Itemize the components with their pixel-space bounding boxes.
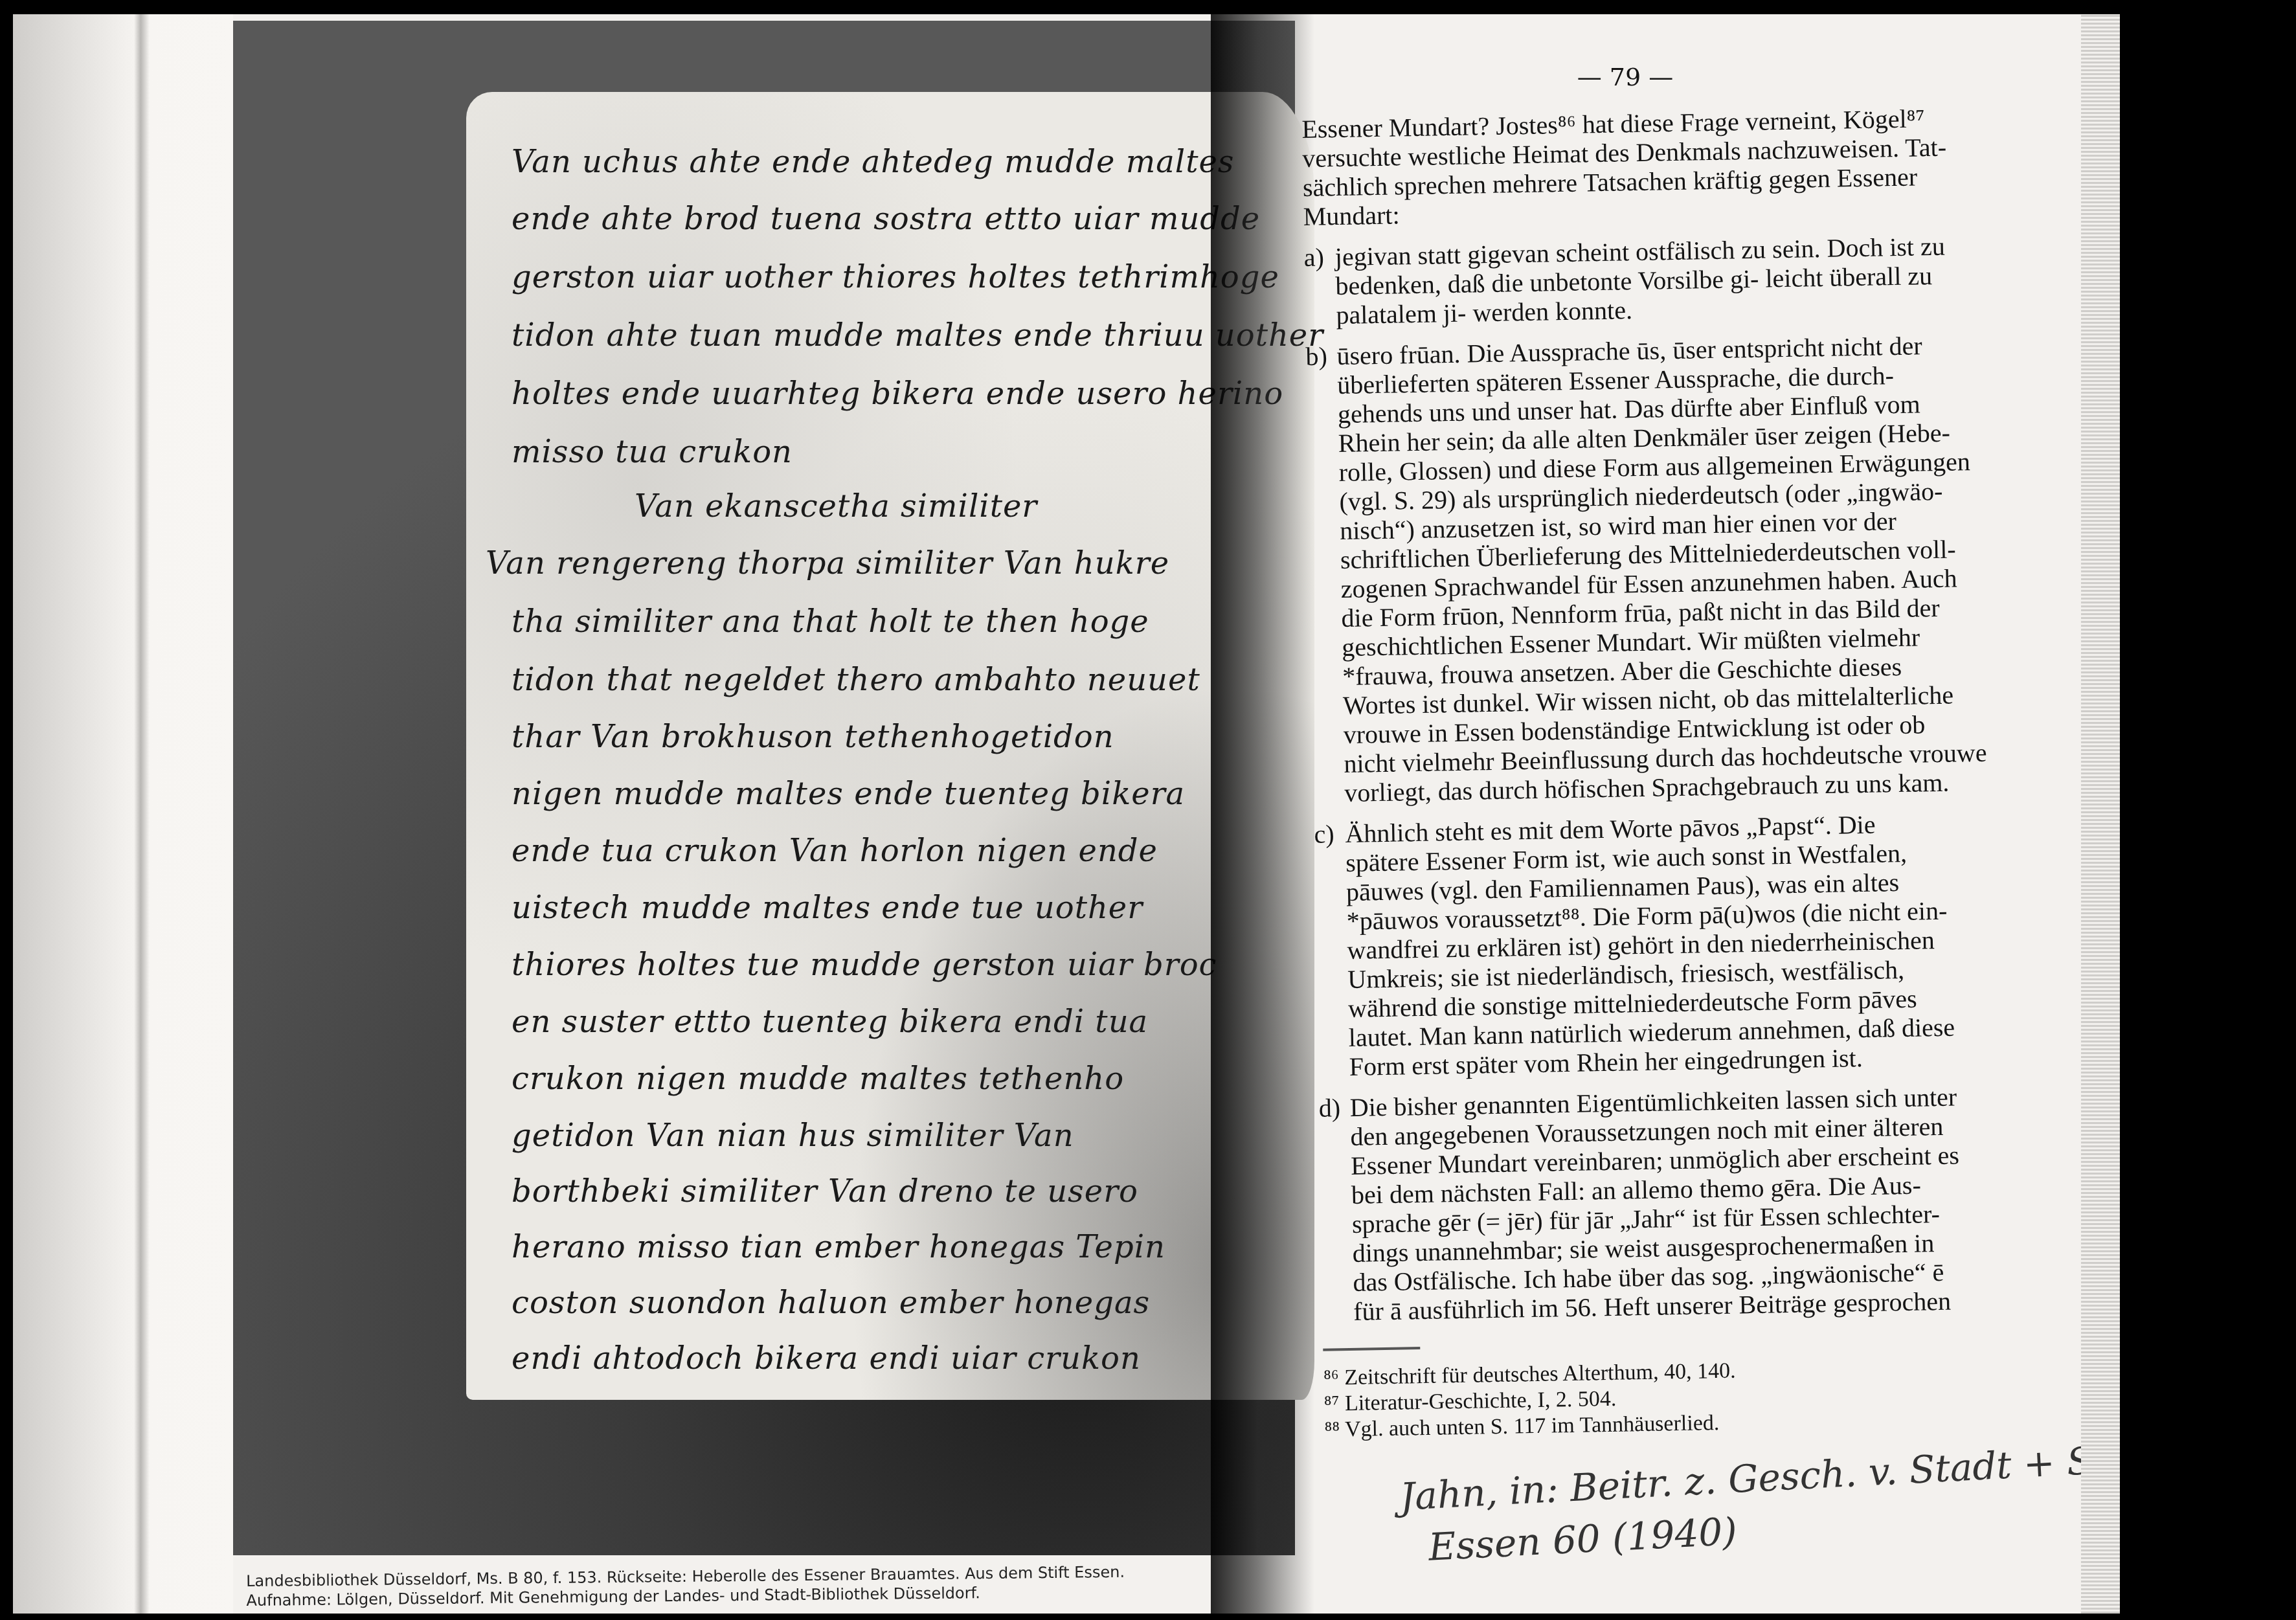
manuscript-line: herano misso tian ember honegas Tepin	[512, 1229, 1165, 1265]
manuscript-line: nigen mudde maltes ende tuenteg bikera	[512, 776, 1185, 812]
list-item-c: c)Ähnlich steht es mit dem Worte pāvos „…	[1314, 805, 2120, 1082]
list-item-a: a)jegivan statt gigevan scheint ostfälis…	[1303, 229, 2108, 330]
manuscript-line: Van rengereng thorpa similiter Van hukre	[486, 545, 1169, 581]
manuscript-line: ende tua crukon Van horlon nigen ende	[512, 833, 1158, 869]
manuscript-line: getidon Van nian hus similiter Van	[512, 1118, 1074, 1154]
manuscript-line: Van ekanscetha similiter	[635, 488, 1037, 524]
plate-caption: Landesbibliothek Düsseldorf, Ms. B 80, f…	[246, 1561, 1218, 1610]
body-text: Essener Mundart? Jostes⁸⁶ hat diese Frag…	[1301, 100, 2120, 1443]
list-item-b: b)ūsero frūan. Die Aussprache ūs, ūser e…	[1305, 328, 2116, 808]
manuscript-line: Van uchus ahte ende ahtedeg mudde maltes	[512, 144, 1234, 180]
right-page: — 79 — Essener Mundart? Jostes⁸⁶ hat die…	[1301, 14, 2120, 1614]
page-stack-left-edge	[13, 14, 233, 1614]
manuscript-line: borthbeki similiter Van dreno te usero	[512, 1173, 1138, 1209]
manuscript-line: coston suondon haluon ember honegas	[512, 1285, 1150, 1321]
manuscript-line: holtes ende uuarhteg bikera ende usero h…	[512, 376, 1283, 412]
manuscript-line: gerston uiar uother thiores holtes tethr…	[512, 259, 1279, 295]
page-stack-right-edge	[2081, 14, 2120, 1614]
manuscript-line: tha similiter ana that holt te then hoge	[512, 603, 1149, 640]
manuscript-line: tidon ahte tuan mudde maltes ende thriuu…	[512, 317, 1323, 354]
manuscript-line: misso tua crukon	[512, 434, 793, 470]
manuscript-line: endi ahtodoch bikera endi uiar crukon	[512, 1340, 1141, 1377]
manuscript-plate: Van uchus ahte ende ahtedeg mudde maltes…	[233, 21, 1295, 1555]
manuscript-line: tidon that negeldet thero ambahto neuuet	[512, 662, 1200, 698]
intro-paragraph: Essener Mundart? Jostes⁸⁶ hat diese Frag…	[1301, 100, 2106, 231]
footnote-divider	[1323, 1347, 1420, 1351]
item-marker: a)	[1303, 242, 1335, 272]
book-gutter-shadow	[1211, 14, 1314, 1614]
item-marker: b)	[1305, 341, 1337, 371]
manuscript-line: thar Van brokhuson tethenhogetidon	[512, 719, 1114, 755]
manuscript-line: ende ahte brod tuena sostra ettto uiar m…	[512, 201, 1260, 237]
manuscript-parchment: Van uchus ahte ende ahtedeg mudde maltes…	[466, 92, 1314, 1400]
item-marker: c)	[1314, 819, 1345, 849]
item-marker: d)	[1318, 1093, 1350, 1123]
manuscript-line: uistech mudde maltes ende tue uother	[512, 890, 1143, 926]
manuscript-line: thiores holtes tue mudde gerston uiar br…	[512, 947, 1217, 983]
page-number: — 79 —	[1301, 63, 1949, 91]
manuscript-line: en suster ettto tuenteg bikera endi tua	[512, 1004, 1148, 1040]
handwritten-annotation: Jahn, in: Beitr. z. Gesch. v. Stadt + St…	[1399, 1432, 2120, 1574]
book-scan: Van uchus ahte ende ahtedeg mudde maltes…	[13, 14, 2120, 1614]
list-item-d: d)Die bisher genannten Eigentümlichkeite…	[1318, 1079, 2120, 1327]
manuscript-line: crukon nigen mudde maltes tethenho	[512, 1061, 1124, 1097]
